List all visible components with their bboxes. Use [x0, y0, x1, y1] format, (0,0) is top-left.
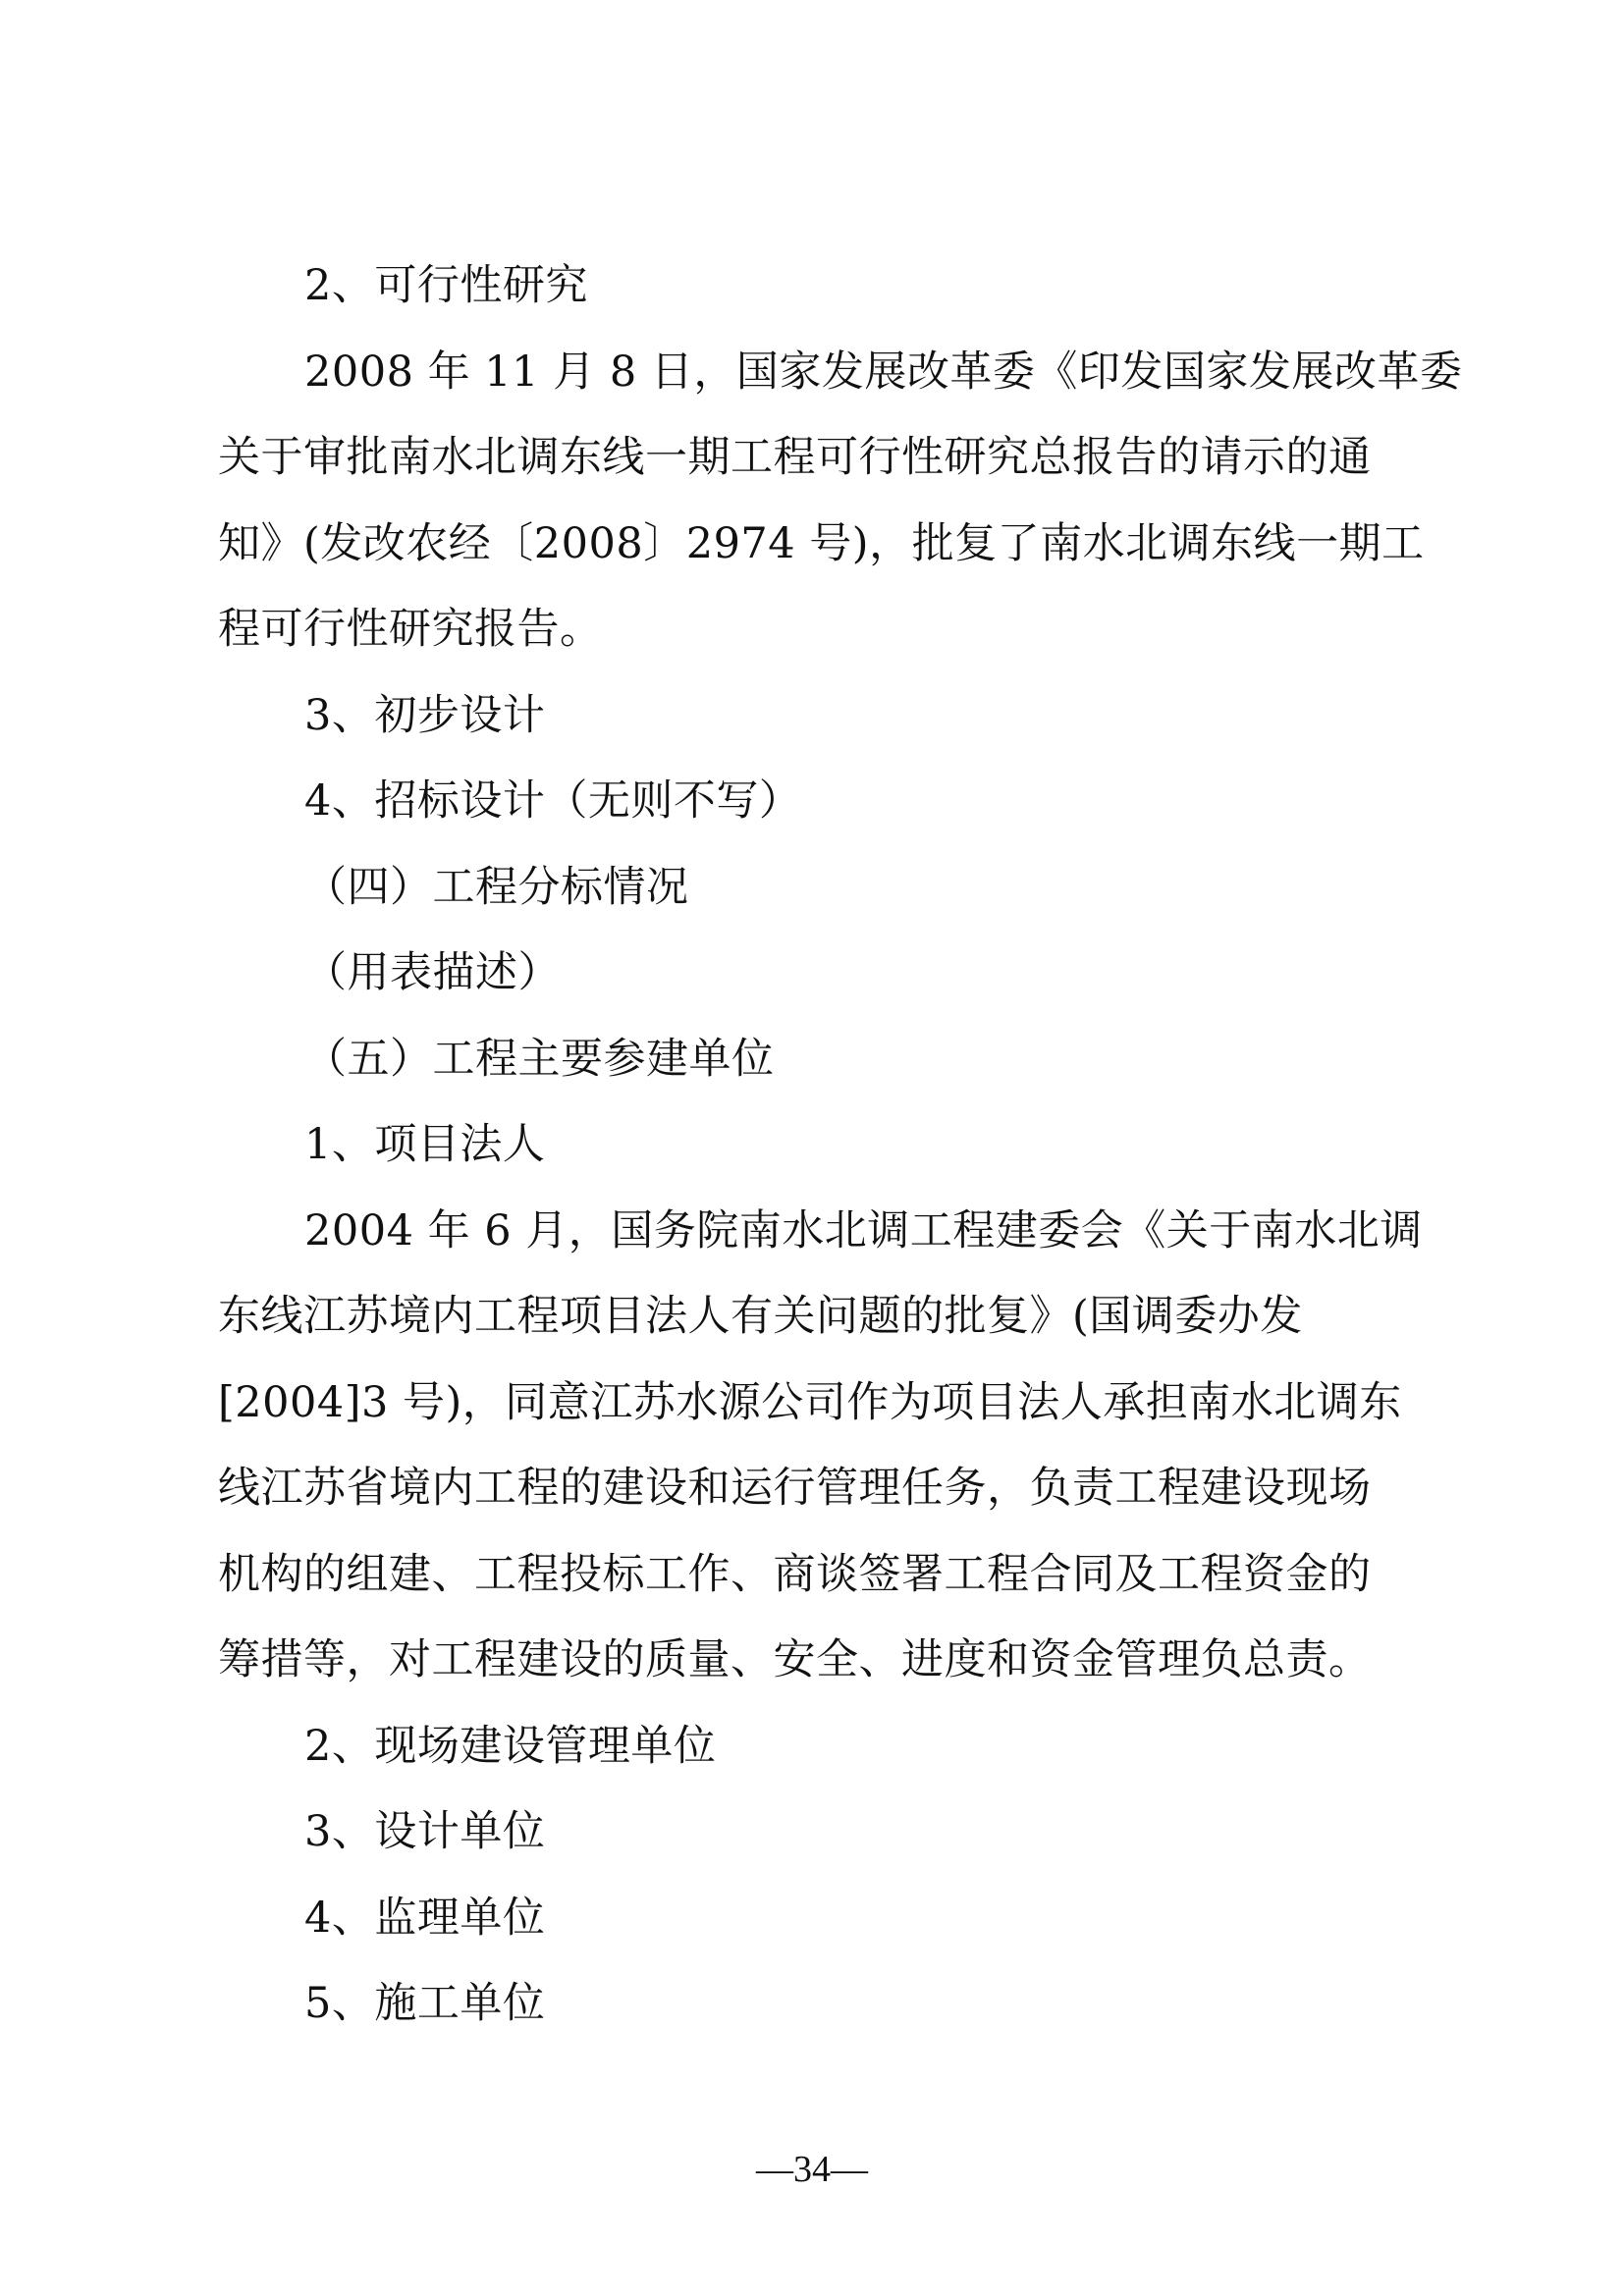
- document-page: 2、可行性研究 2008 年 11 月 8 日，国家发展改革委《印发国家发展改革…: [0, 0, 1624, 2296]
- heading-supervision-unit: 4、监理单位: [218, 1876, 1418, 1962]
- heading-construction-unit: 5、施工单位: [218, 1961, 1418, 2048]
- heading-site-management-unit: 2、现场建设管理单位: [218, 1704, 1418, 1790]
- legal-person-paragraph-line: 东线江苏境内工程项目法人有关问题的批复》(国调委办发: [218, 1274, 1418, 1361]
- heading-tender-design: 4、招标设计（无则不写）: [218, 759, 1418, 845]
- heading-preliminary-design: 3、初步设计: [218, 673, 1418, 760]
- heading-feasibility-study: 2、可行性研究: [218, 243, 1418, 330]
- heading-design-unit: 3、设计单位: [218, 1789, 1418, 1876]
- legal-person-paragraph-line: 筹措等，对工程建设的质量、安全、进度和资金管理负总责。: [218, 1618, 1418, 1704]
- heading-section-five: （五）工程主要参建单位: [218, 1017, 1418, 1103]
- legal-person-paragraph-line: 线江苏省境内工程的建设和运行管理任务，负责工程建设现场: [218, 1446, 1418, 1532]
- page-number: —34—: [0, 2148, 1624, 2191]
- legal-person-paragraph-line: 2004 年 6 月，国务院南水北调工程建委会《关于南水北调: [218, 1189, 1418, 1275]
- legal-person-paragraph-line: [2004]3 号)，同意江苏水源公司作为项目法人承担南水北调东: [218, 1361, 1418, 1447]
- feasibility-paragraph-line: 知》(发改农经〔2008〕2974 号)，批复了南水北调东线一期工: [218, 502, 1418, 588]
- heading-project-legal-person: 1、项目法人: [218, 1102, 1418, 1189]
- document-body: 2、可行性研究 2008 年 11 月 8 日，国家发展改革委《印发国家发展改革…: [218, 243, 1418, 2048]
- feasibility-paragraph-line: 程可行性研究报告。: [218, 587, 1418, 673]
- table-note: （用表描述）: [218, 931, 1418, 1017]
- feasibility-paragraph-line: 关于审批南水北调东线一期工程可行性研究总报告的请示的通: [218, 415, 1418, 502]
- legal-person-paragraph-line: 机构的组建、工程投标工作、商谈签署工程合同及工程资金的: [218, 1532, 1418, 1619]
- heading-section-four: （四）工程分标情况: [218, 845, 1418, 932]
- feasibility-paragraph-line: 2008 年 11 月 8 日，国家发展改革委《印发国家发展改革委: [218, 330, 1418, 416]
